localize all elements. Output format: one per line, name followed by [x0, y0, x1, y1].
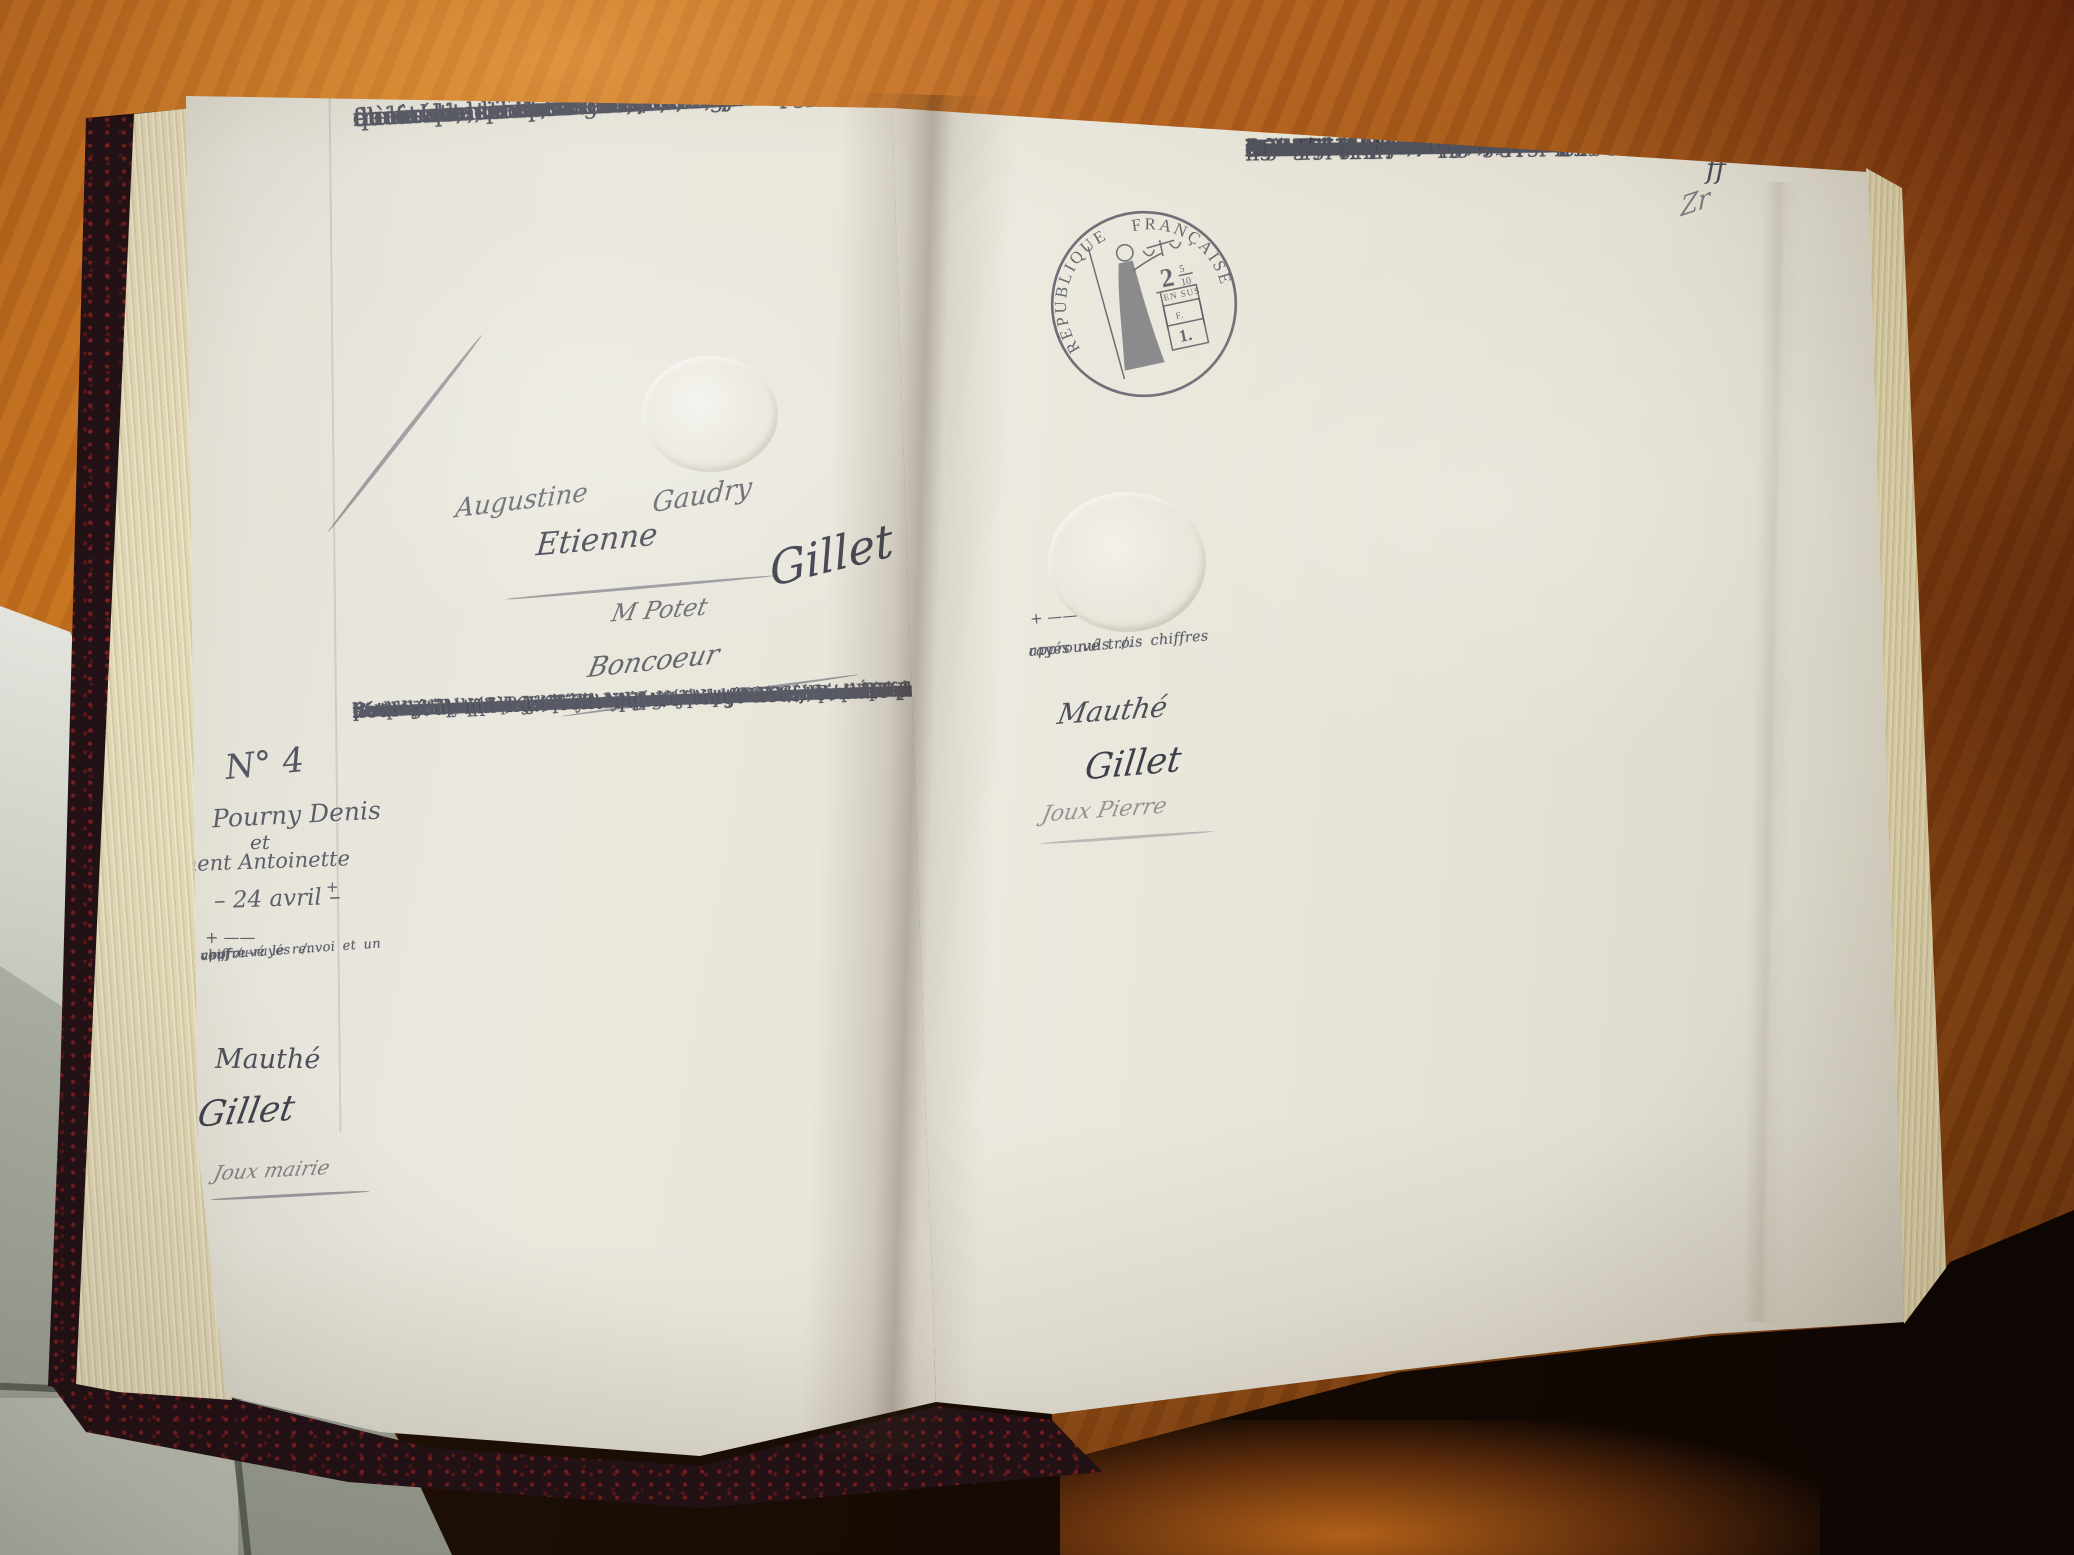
photo-vignette: [0, 0, 2074, 1555]
photo-of-register: du futur, de Potet Michel, âgé de vingt …: [0, 0, 2074, 1555]
